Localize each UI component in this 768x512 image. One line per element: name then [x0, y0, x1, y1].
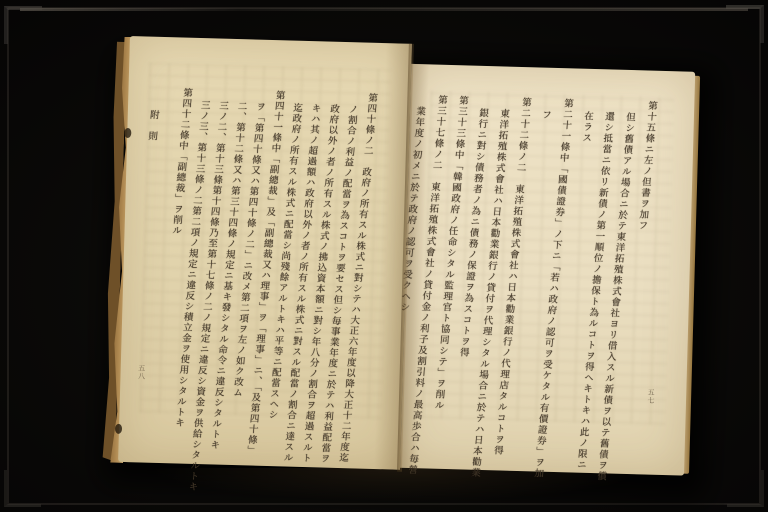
open-booklet: 第四十條ノ二 政府ノ所有スル株式ニ對シテハ大正六年度以降大正十二年度迄ノ割合ノ利… [118, 36, 696, 482]
folio-mark: 五八 [136, 364, 146, 380]
folio-mark: 五七 [646, 389, 656, 405]
frame-corner [727, 470, 764, 507]
binding-notch [124, 128, 131, 138]
photo-background: 第四十條ノ二 政府ノ所有スル株式ニ對シテハ大正六年度以降大正十二年度迄ノ割合ノ利… [0, 0, 768, 512]
frame-top-highlight [20, 8, 748, 11]
frame-corner [4, 470, 41, 507]
right-page: 第十五條ニ左ノ但書ヲ加フ但シ舊債アル場合ニ於テ東洋拓殖株式會社ヨリ借入スル新債ヲ… [400, 64, 695, 476]
frame-corner [4, 6, 42, 44]
left-page-text: 第四十條ノ二 政府ノ所有スル株式ニ對シテハ大正六年度以降大正十二年度迄ノ割合ノ利… [111, 86, 380, 458]
right-page-text: 第十五條ニ左ノ但書ヲ加フ但シ舊債アル場合ニ於テ東洋拓殖株式會社ヨリ借入スル新債ヲ… [382, 94, 662, 456]
left-page: 第四十條ノ二 政府ノ所有スル株式ニ對シテハ大正六年度以降大正十二年度迄ノ割合ノ利… [118, 36, 412, 470]
